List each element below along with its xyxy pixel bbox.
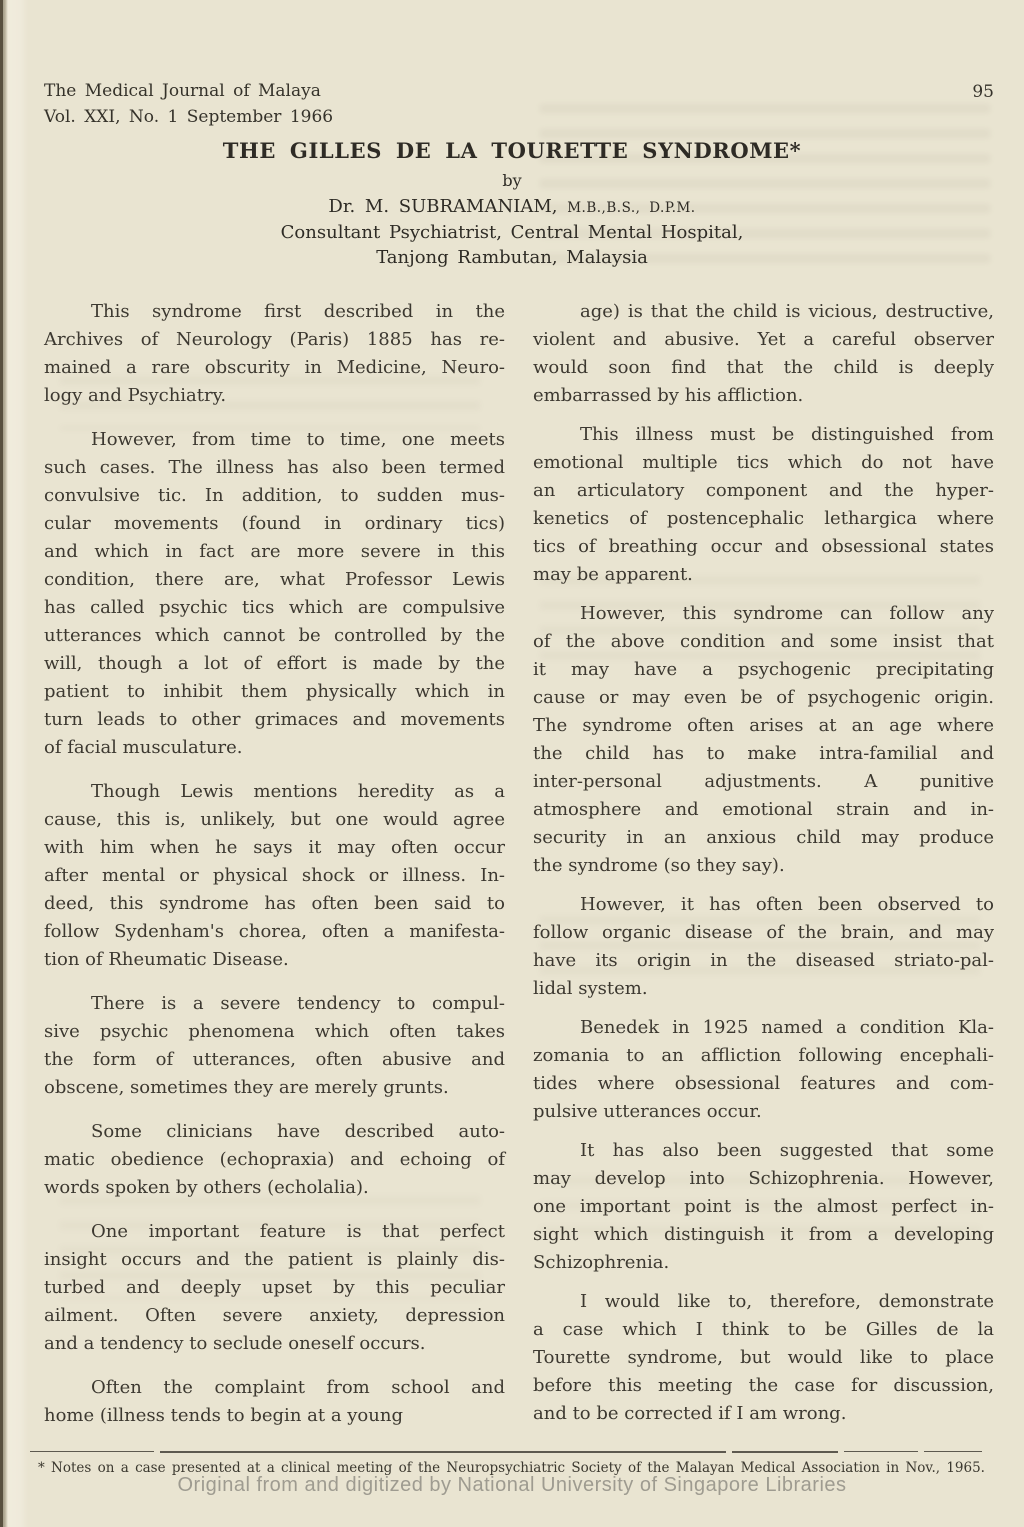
text-line: cular movements (found in ordinary tics) <box>44 510 505 538</box>
text-line: sive psychic phenomena which often takes <box>44 1018 505 1046</box>
text-line: sight which distinguish it from a develo… <box>533 1221 994 1249</box>
paragraph: This illness must be distinguished frome… <box>533 421 994 589</box>
text-line: may develop into Schizophrenia. However, <box>533 1165 994 1193</box>
text-line: of the above condition and some insist t… <box>533 628 994 656</box>
text-line: cause, this is, unlikely, but one would … <box>44 806 505 834</box>
text-line: condition, there are, what Professor Lew… <box>44 566 505 594</box>
paragraph: I would like to, therefore, demonstratea… <box>533 1288 994 1428</box>
text-line: the child has to make intra-familial and <box>533 740 994 768</box>
text-line: follow Sydenham's chorea, often a manife… <box>44 918 505 946</box>
text-line: One important feature is that perfect <box>44 1218 505 1246</box>
byline: by <box>0 171 1024 191</box>
text-line: cause or may even be of psychogenic orig… <box>533 684 994 712</box>
journal-masthead: The Medical Journal of Malaya Vol. XXI, … <box>44 78 333 130</box>
journal-header: The Medical Journal of Malaya Vol. XXI, … <box>0 0 1024 130</box>
text-line: kenetics of postencephalic lethargica wh… <box>533 505 994 533</box>
text-line: Some clinicians have described auto- <box>44 1118 505 1146</box>
text-line: This syndrome first described in the <box>44 298 505 326</box>
text-line: age) is that the child is vicious, destr… <box>533 298 994 326</box>
text-line: mained a rare obscurity in Medicine, Neu… <box>44 354 505 382</box>
text-line: may be apparent. <box>533 561 994 589</box>
text-line: insight occurs and the patient is plainl… <box>44 1246 505 1274</box>
paragraph: Often the complaint from school andhome … <box>44 1374 505 1430</box>
text-line: the syndrome (so they say). <box>533 852 994 880</box>
text-line: Tourette syndrome, but would like to pla… <box>533 1344 994 1372</box>
paragraph: However, it has often been observed tofo… <box>533 891 994 1003</box>
paragraph: age) is that the child is vicious, destr… <box>533 298 994 410</box>
text-line: turn leads to other grimaces and movemen… <box>44 706 505 734</box>
text-line: However, it has often been observed to <box>533 891 994 919</box>
journal-name: The Medical Journal of Malaya <box>44 78 333 104</box>
text-line: a case which I think to be Gilles de la <box>533 1316 994 1344</box>
left-column: This syndrome first described in theArch… <box>44 298 505 1430</box>
text-line: ailment. Often severe anxiety, depressio… <box>44 1302 505 1330</box>
author-name: Dr. M. SUBRAMANIAM, <box>328 196 557 217</box>
text-line: with him when he says it may often occur <box>44 834 505 862</box>
text-line: an articulatory component and the hyper- <box>533 477 994 505</box>
right-column: age) is that the child is vicious, destr… <box>533 298 994 1430</box>
author-line: Dr. M. SUBRAMANIAM, M.B.,B.S., D.P.M. <box>0 196 1024 219</box>
text-line: However, this syndrome can follow any <box>533 600 994 628</box>
text-line: Archives of Neurology (Paris) 1885 has r… <box>44 326 505 354</box>
text-line: has called psychic tics which are compul… <box>44 594 505 622</box>
text-line: it may have a psychogenic precipitating <box>533 656 994 684</box>
text-line: There is a severe tendency to compul- <box>44 990 505 1018</box>
text-line: I would like to, therefore, demonstrate <box>533 1288 994 1316</box>
text-line: atmosphere and emotional strain and in- <box>533 796 994 824</box>
text-line: deed, this syndrome has often been said … <box>44 890 505 918</box>
text-line: words spoken by others (echolalia). <box>44 1174 505 1202</box>
text-line: of facial musculature. <box>44 734 505 762</box>
author-affiliation-line2: Tanjong Rambutan, Malaysia <box>0 246 1024 269</box>
text-line: logy and Psychiatry. <box>44 382 505 410</box>
author-degrees: M.B.,B.S., D.P.M. <box>567 200 695 216</box>
text-line: follow organic disease of the brain, and… <box>533 919 994 947</box>
text-line: This illness must be distinguished from <box>533 421 994 449</box>
text-line: violent and abusive. Yet a careful obser… <box>533 326 994 354</box>
page-number: 95 <box>972 78 994 102</box>
text-line: and which in fact are more severe in thi… <box>44 538 505 566</box>
paragraph: Benedek in 1925 named a condition Kla-zo… <box>533 1014 994 1126</box>
text-line: turbed and deeply upset by this peculiar <box>44 1274 505 1302</box>
text-line: have its origin in the diseased striato-… <box>533 947 994 975</box>
text-line: Though Lewis mentions heredity as a <box>44 778 505 806</box>
text-line: will, though a lot of effort is made by … <box>44 650 505 678</box>
text-line: security in an anxious child may produce <box>533 824 994 852</box>
text-line: and to be corrected if I am wrong. <box>533 1400 994 1428</box>
text-line: Often the complaint from school and <box>44 1374 505 1402</box>
library-watermark: Original from and digitized by National … <box>0 1473 1024 1497</box>
text-line: convulsive tic. In addition, to sudden m… <box>44 482 505 510</box>
paragraph: There is a severe tendency to compul-siv… <box>44 990 505 1102</box>
text-line: tides where obsessional features and com… <box>533 1070 994 1098</box>
text-line: and a tendency to seclude oneself occurs… <box>44 1330 505 1358</box>
text-line: lidal system. <box>533 975 994 1003</box>
paragraph: Though Lewis mentions heredity as acause… <box>44 778 505 974</box>
text-line: home (illness tends to begin at a young <box>44 1402 505 1430</box>
scan-page-edge <box>0 0 28 1527</box>
text-line: emotional multiple tics which do not hav… <box>533 449 994 477</box>
text-line: obscene, sometimes they are merely grunt… <box>44 1074 505 1102</box>
text-line: matic obedience (echopraxia) and echoing… <box>44 1146 505 1174</box>
text-line: the form of utterances, often abusive an… <box>44 1046 505 1074</box>
paragraph: Some clinicians have described auto-mati… <box>44 1118 505 1202</box>
text-line: The syndrome often arises at an age wher… <box>533 712 994 740</box>
journal-page: The Medical Journal of Malaya Vol. XXI, … <box>0 0 1024 1527</box>
footnote-rule <box>0 1450 1024 1453</box>
text-line: Schizophrenia. <box>533 1249 994 1277</box>
text-line: before this meeting the case for discuss… <box>533 1372 994 1400</box>
paragraph: It has also been suggested that somemay … <box>533 1137 994 1277</box>
paragraph: However, this syndrome can follow anyof … <box>533 600 994 880</box>
paragraph: One important feature is that perfectins… <box>44 1218 505 1358</box>
text-line: It has also been suggested that some <box>533 1137 994 1165</box>
text-line: tion of Rheumatic Disease. <box>44 946 505 974</box>
text-line: However, from time to time, one meets <box>44 426 505 454</box>
text-line: Benedek in 1925 named a condition Kla- <box>533 1014 994 1042</box>
text-line: after mental or physical shock or illnes… <box>44 862 505 890</box>
text-line: would soon find that the child is deeply <box>533 354 994 382</box>
text-line: zomania to an affliction following encep… <box>533 1042 994 1070</box>
article-body: This syndrome first described in theArch… <box>0 298 1024 1430</box>
text-line: inter-personal adjustments. A punitive <box>533 768 994 796</box>
text-line: tics of breathing occur and obsessional … <box>533 533 994 561</box>
text-line: such cases. The illness has also been te… <box>44 454 505 482</box>
paragraph: However, from time to time, one meetssuc… <box>44 426 505 762</box>
article-title: THE GILLES DE LA TOURETTE SYNDROME* <box>0 139 1024 163</box>
text-line: patient to inhibit them physically which… <box>44 678 505 706</box>
text-line: utterances which cannot be controlled by… <box>44 622 505 650</box>
author-affiliation-line1: Consultant Psychiatrist, Central Mental … <box>0 221 1024 244</box>
journal-volume-line: Vol. XXI, No. 1 September 1966 <box>44 104 333 130</box>
text-line: embarrassed by his affliction. <box>533 382 994 410</box>
paragraph: This syndrome first described in theArch… <box>44 298 505 410</box>
article-title-block: THE GILLES DE LA TOURETTE SYNDROME* by D… <box>0 139 1024 269</box>
text-line: one important point is the almost perfec… <box>533 1193 994 1221</box>
text-line: pulsive utterances occur. <box>533 1098 994 1126</box>
